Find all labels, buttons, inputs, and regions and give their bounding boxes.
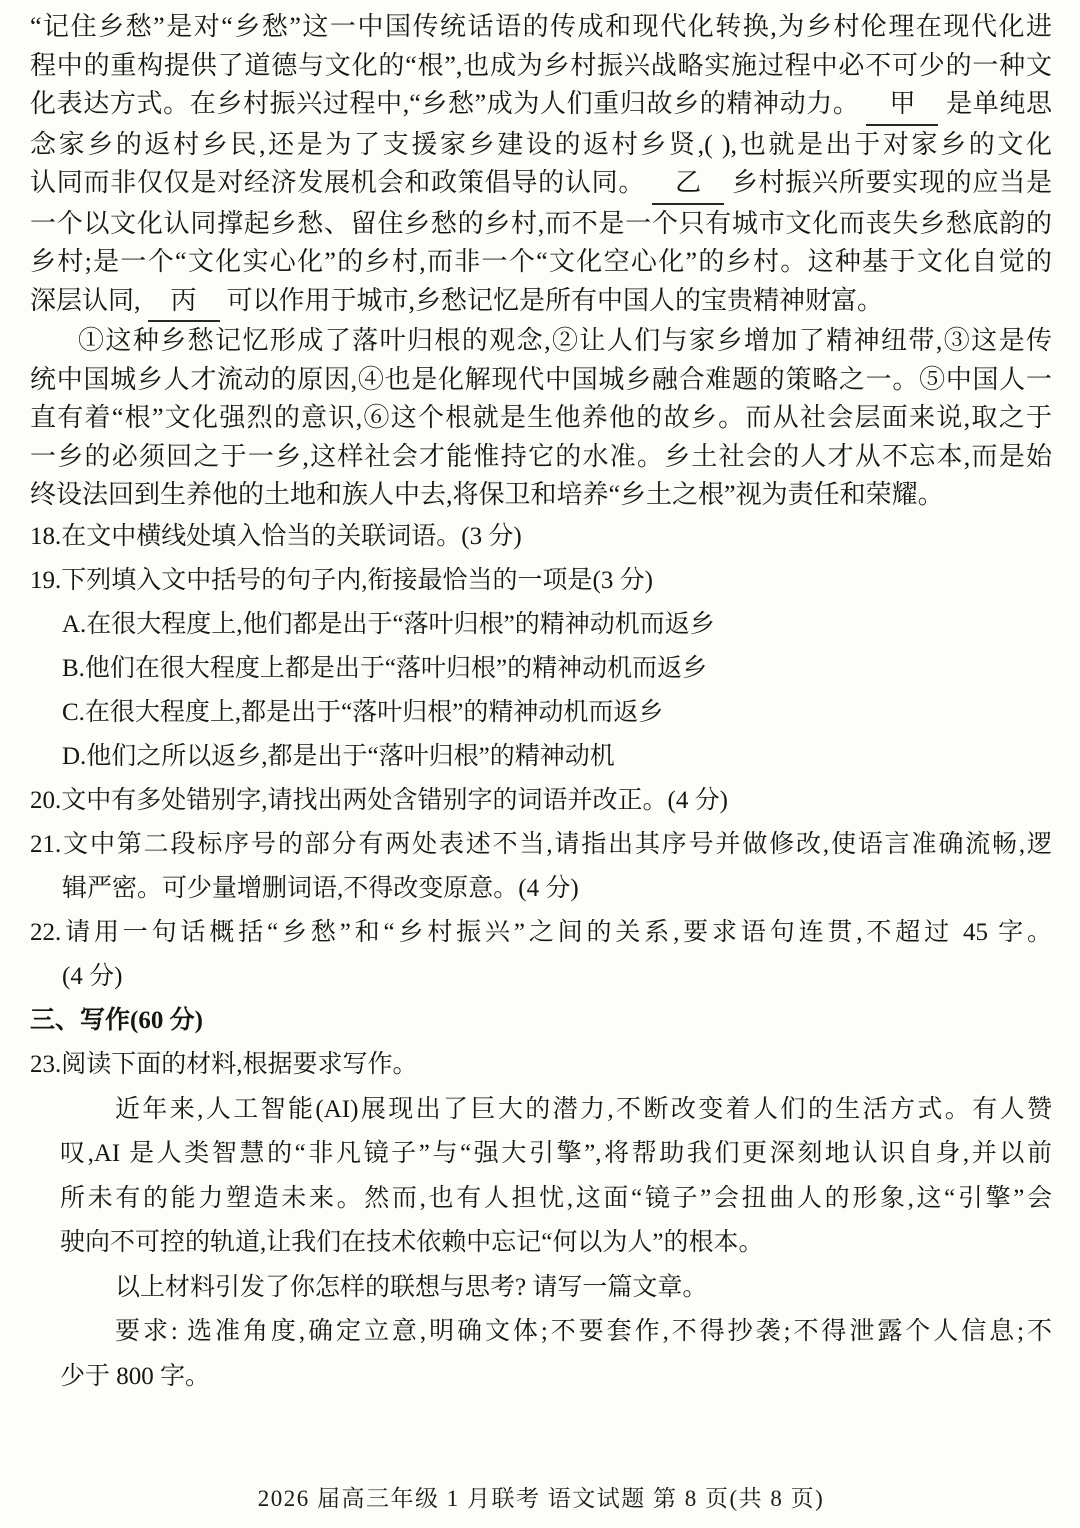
passage1-line5-text-after: 乡村振兴所要实现的应当是 (731, 168, 1052, 197)
passage1-line1: “记住乡愁”是对“乡愁”这一中国传统话语的传成和现代化转换,为乡村伦理在现代化进 (30, 8, 1052, 47)
passage1-line3-text-after: 是单纯思 (945, 89, 1052, 118)
passage2-line3: 直有着“根”文化强烈的意识,⑥这个根就是生他养他的故乡。而从社会层面来说,取之于 (30, 399, 1052, 438)
material-line2: 叹,AI 是人类智慧的“非凡镜子”与“强大引擎”,将帮助我们更深刻地认识自身,并… (60, 1132, 1052, 1177)
question-22-line2: (4 分) (30, 955, 1052, 999)
passage1-line4: 念家乡的返村乡民,还是为了支援家乡建设的返村乡贤,( ),也就是出于对家乡的文化 (30, 126, 1052, 165)
exam-paper-page: “记住乡愁”是对“乡愁”这一中国传统话语的传成和现代化转换,为乡村伦理在现代化进… (0, 0, 1080, 1528)
passage1-line7: 乡村;是一个“文化实心化”的乡村,而非一个“文化空心化”的乡村。这种基于文化自觉… (30, 243, 1052, 282)
question-20: 20.文中有多处错别字,请找出两处含错别字的词语并改正。(4 分) (30, 779, 1052, 823)
passage2-line4: 一乡的必须回之于一乡,这样社会才能惟持它的水准。乡土社会的人才从不忘本,而是始 (30, 438, 1052, 477)
question-21-line2: 辑严密。可少量增删词语,不得改变原意。(4 分) (30, 867, 1052, 911)
question-block: 18.在文中横线处填入恰当的关联词语。(3 分) 19.下列填入文中括号的句子内… (30, 515, 1052, 999)
question-19-option-c: C.在很大程度上,都是出于“落叶归根”的精神动机而返乡 (30, 691, 1052, 735)
passage1-line8-text-after: 可以作用于城市,乡愁记忆是所有中国人的宝贵精神财富。 (227, 286, 884, 315)
question-19-option-b: B.他们在很大程度上都是出于“落叶归根”的精神动机而返乡 (30, 647, 1052, 691)
blank-underline-bing: 丙 (148, 282, 220, 323)
passage1-line5-text: 认同而非仅仅是对经济发展机会和政策倡导的认同。 (30, 168, 645, 197)
question-19-option-d: D.他们之所以返乡,都是出于“落叶归根”的精神动机 (30, 735, 1052, 779)
passage1-line8: 深层认同,丙可以作用于城市,乡愁记忆是所有中国人的宝贵精神财富。 (30, 282, 1052, 323)
requirements-line1: 要求: 选准角度,确定立意,明确文体;不要套作,不得抄袭;不得泄露个人信息;不 (60, 1310, 1052, 1355)
passage1-line2: 程中的重构提供了道德与文化的“根”,也成为乡村振兴战略实施过程中必不可少的一种文 (30, 47, 1052, 86)
passage1-line3-text: 化表达方式。在乡村振兴过程中,“乡愁”成为人们重归故乡的精神动力。 (30, 89, 859, 118)
passage1-line5: 认同而非仅仅是对经济发展机会和政策倡导的认同。乙乡村振兴所要实现的应当是 (30, 164, 1052, 205)
material-line4: 驶向不可控的轨道,让我们在技术依赖中忘记“何以为人”的根本。 (60, 1221, 1052, 1266)
passage1-line8-text: 深层认同, (30, 286, 141, 315)
essay-material: 近年来,人工智能(AI)展现出了巨大的潜力,不断改变着人们的生活方式。有人赞 叹… (30, 1088, 1052, 1400)
blank-underline-yi: 乙 (652, 164, 724, 205)
writing-section-heading: 三、写作(60 分) (30, 999, 1052, 1044)
writing-section: 三、写作(60 分) 23.阅读下面的材料,根据要求写作。 近年来,人工智能(A… (30, 999, 1052, 1400)
passage2-line1: ①这种乡愁记忆形成了落叶归根的观念,②让人们与家乡增加了精神纽带,③这是传 (30, 322, 1052, 361)
passage1-line6: 一个以文化认同撑起乡愁、留住乡愁的乡村,而不是一个只有城市文化而丧失乡愁底韵的 (30, 205, 1052, 244)
passage-paragraph-2: ①这种乡愁记忆形成了落叶归根的观念,②让人们与家乡增加了精神纽带,③这是传 统中… (30, 322, 1052, 515)
question-18: 18.在文中横线处填入恰当的关联词语。(3 分) (30, 515, 1052, 559)
material-prompt: 以上材料引发了你怎样的联想与思考? 请写一篇文章。 (60, 1266, 1052, 1311)
passage2-line5: 终设法回到生养他的土地和族人中去,将保卫和培养“乡土之根”视为责任和荣耀。 (30, 476, 1052, 515)
passage2-line2: 统中国城乡人才流动的原因,④也是化解现代中国城乡融合难题的策略之一。⑤中国人一 (30, 361, 1052, 400)
material-line1: 近年来,人工智能(AI)展现出了巨大的潜力,不断改变着人们的生活方式。有人赞 (60, 1088, 1052, 1133)
passage1-line3: 化表达方式。在乡村振兴过程中,“乡愁”成为人们重归故乡的精神动力。甲是单纯思 (30, 85, 1052, 126)
page-content: “记住乡愁”是对“乡愁”这一中国传统话语的传成和现代化转换,为乡村伦理在现代化进… (30, 8, 1052, 1399)
question-21-line1: 21.文中第二段标序号的部分有两处表述不当,请指出其序号并做修改,使语言准确流畅… (30, 823, 1052, 867)
page-footer: 2026 届高三年级 1 月联考 语文试题 第 8 页(共 8 页) (30, 1480, 1052, 1513)
blank-underline-jia: 甲 (866, 85, 938, 126)
question-19-stem: 19.下列填入文中括号的句子内,衔接最恰当的一项是(3 分) (30, 559, 1052, 603)
question-22-line1: 22.请用一句话概括“乡愁”和“乡村振兴”之间的关系,要求语句连贯,不超过 45… (30, 911, 1052, 955)
material-line3: 所未有的能力塑造未来。然而,也有人担忧,这面“镜子”会扭曲人的形象,这“引擎”会 (60, 1177, 1052, 1222)
requirements-line2: 少于 800 字。 (60, 1355, 1052, 1400)
question-23: 23.阅读下面的材料,根据要求写作。 (30, 1043, 1052, 1088)
question-19-option-a: A.在很大程度上,他们都是出于“落叶归根”的精神动机而返乡 (30, 603, 1052, 647)
passage-paragraph-1: “记住乡愁”是对“乡愁”这一中国传统话语的传成和现代化转换,为乡村伦理在现代化进… (30, 8, 1052, 322)
